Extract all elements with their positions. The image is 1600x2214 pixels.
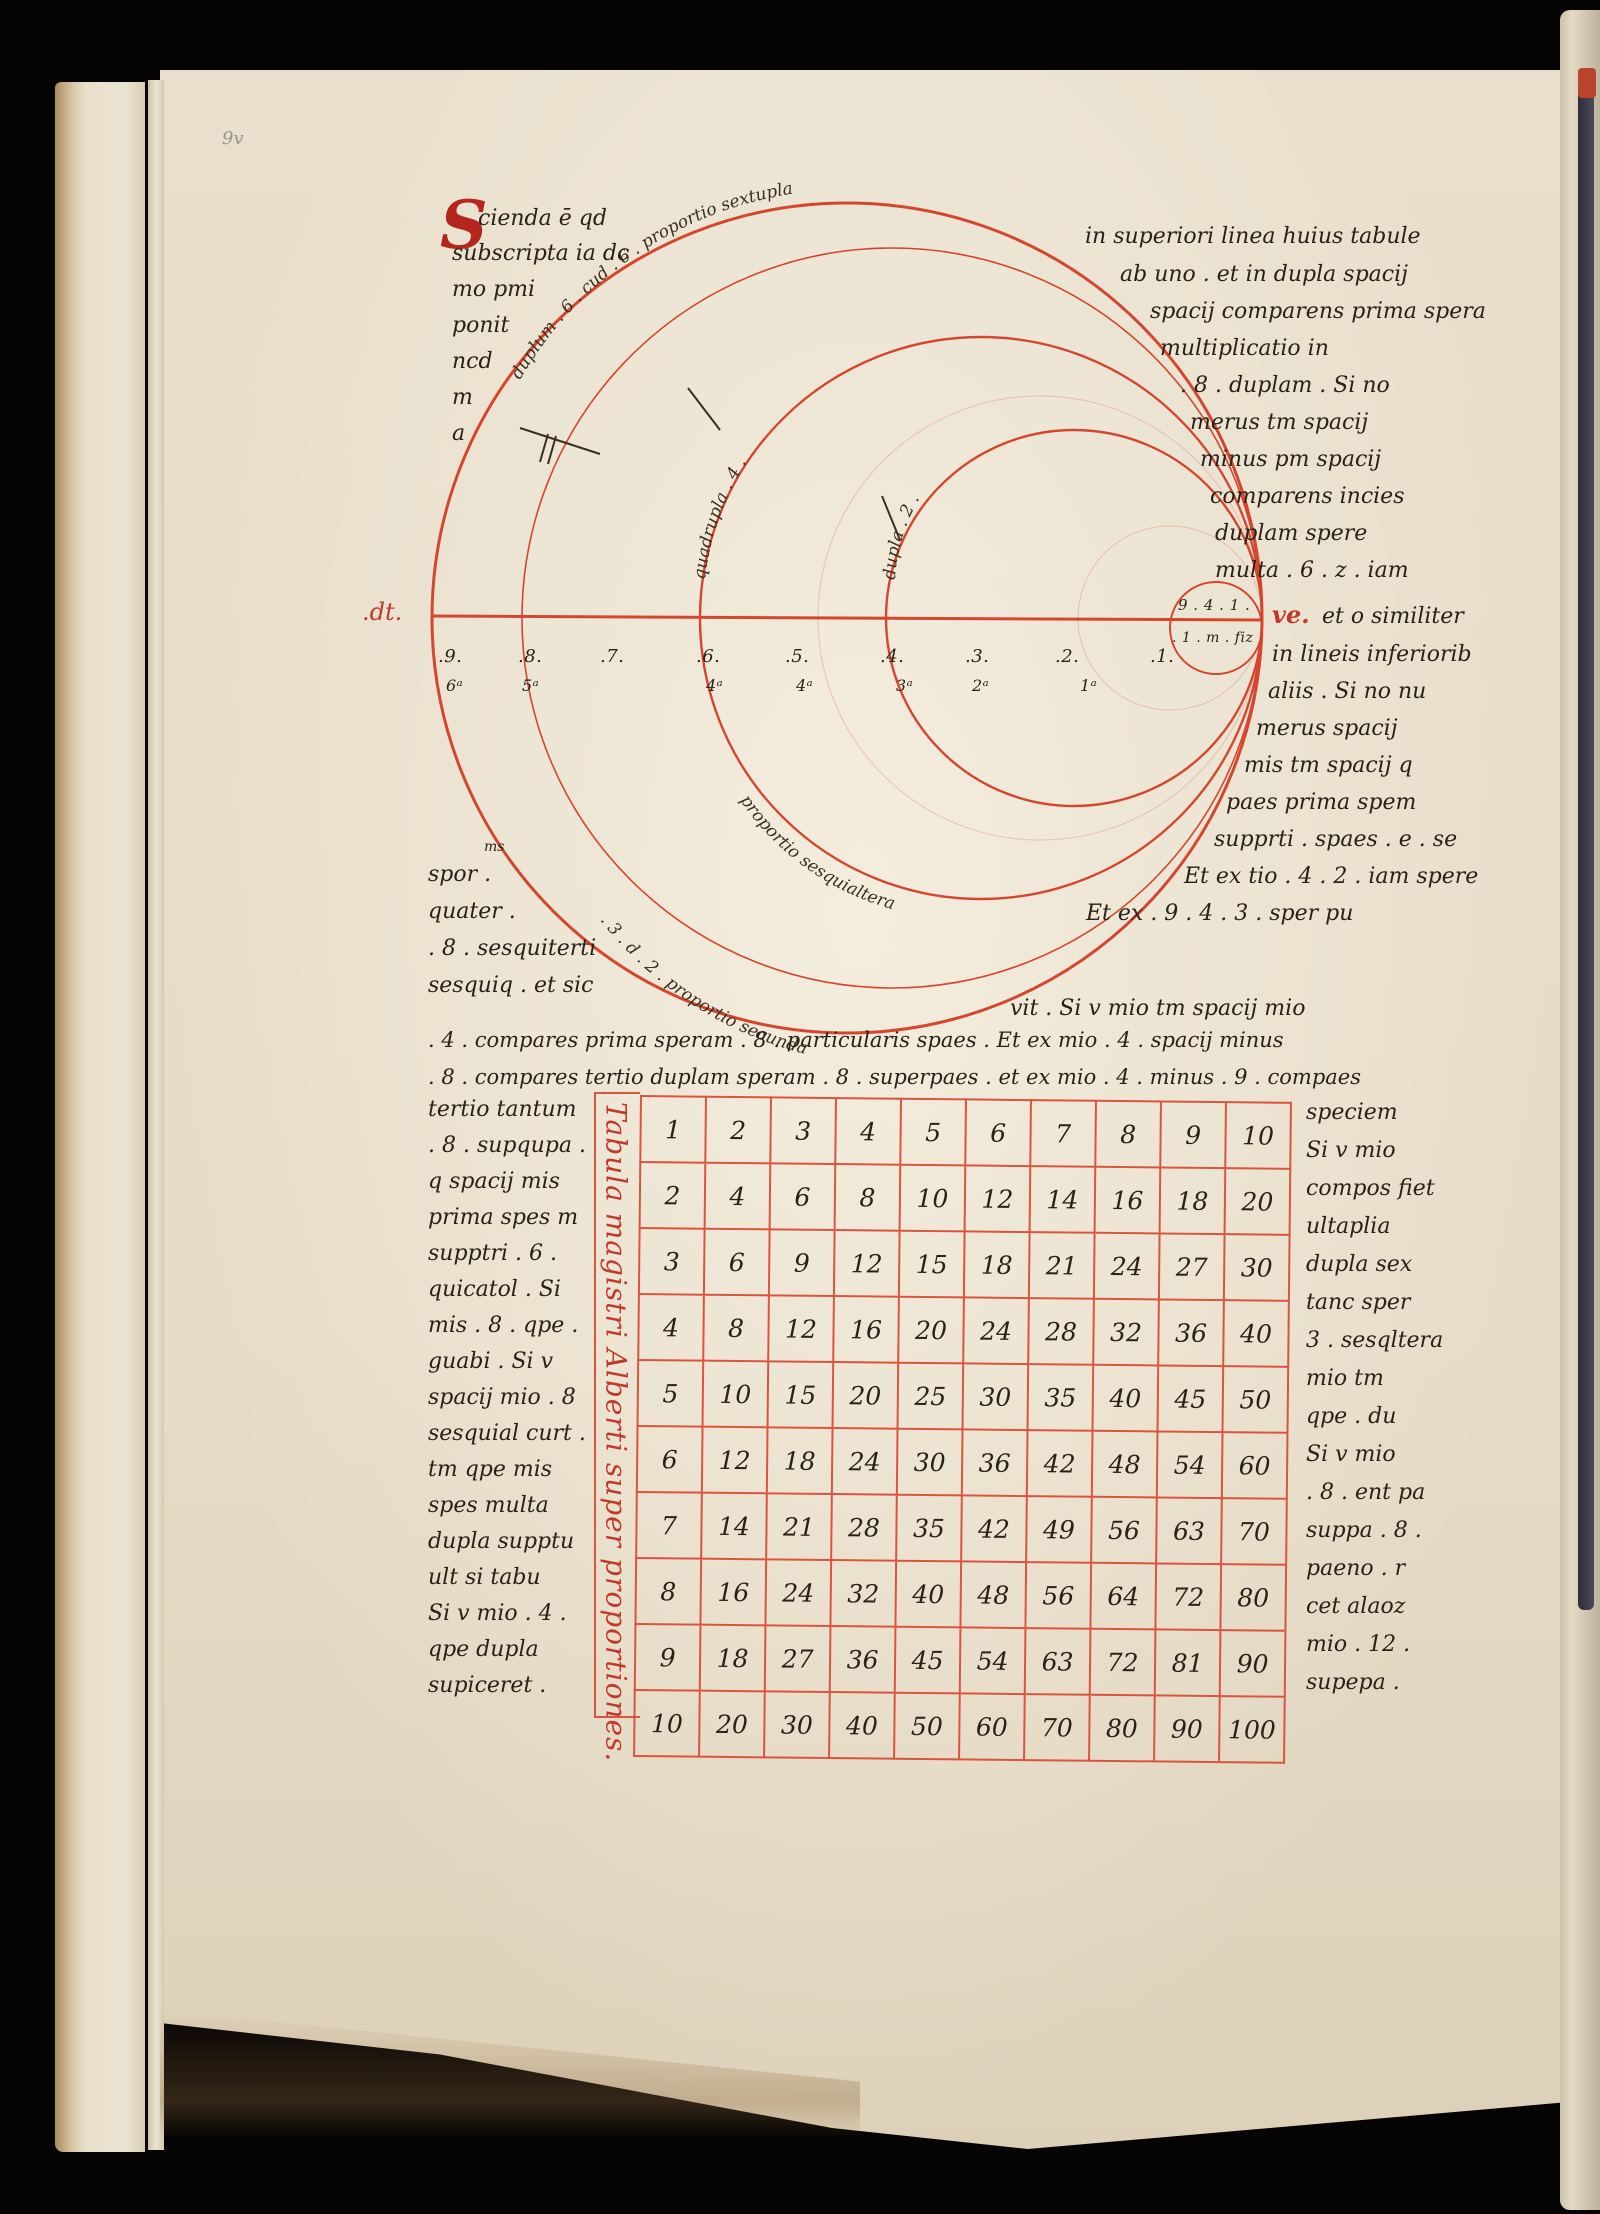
table-cell: 30 [764, 1691, 830, 1758]
text-line: paeno . r [1306, 1550, 1443, 1588]
axis-tick-6: .6. [696, 646, 720, 667]
full-width-lines: . 4 . compares prima speram . 8 . partic… [428, 1022, 1361, 1096]
table-cell: 70 [1024, 1694, 1090, 1761]
table-cell: 50 [1223, 1366, 1289, 1433]
table-row: 36912151821242730 [639, 1228, 1290, 1301]
table-row: 7142128354249566370 [636, 1492, 1287, 1565]
text-line: qpe . du [1306, 1398, 1443, 1436]
table-cell: 21 [1029, 1232, 1095, 1299]
text-line: merus tm spacij [1190, 404, 1486, 441]
table-cell: 56 [1091, 1497, 1157, 1564]
table-cell: 30 [963, 1363, 1029, 1430]
table-cell: 25 [898, 1363, 964, 1430]
table-title: Tabula magistri Alberti super proportion… [598, 1092, 634, 1772]
table-row: 481216202428323640 [638, 1294, 1289, 1367]
text-line: comparens incies [1210, 478, 1486, 515]
table-cell: 90 [1220, 1630, 1286, 1697]
text-line: mis . 8 . qpe . [428, 1308, 586, 1344]
table-cell: 16 [700, 1559, 766, 1626]
text-line: prima spes m [428, 1200, 586, 1236]
table-cell: 42 [961, 1495, 1027, 1562]
table-cell: 5 [900, 1099, 966, 1166]
axis-tick-1: .1. [1150, 646, 1174, 667]
sub-tick-7: 1ᵃ [1080, 676, 1097, 695]
table-cell: 15 [768, 1361, 834, 1428]
right-column-top: in superiori linea huius tabule [1085, 218, 1421, 255]
table-cell: 9 [769, 1229, 835, 1296]
table-cell: 80 [1220, 1564, 1286, 1631]
text-line: et o similiter [1322, 598, 1464, 635]
text-line: ab uno . et in dupla spacij [1120, 256, 1486, 293]
table-cell: 48 [1092, 1431, 1158, 1498]
text-line: dupla sex [1306, 1246, 1443, 1284]
text-line: dupla supptu [428, 1524, 586, 1560]
table-cell: 10 [703, 1361, 769, 1428]
sub-tick-1: 6ᵃ [446, 676, 463, 695]
table-cell: 54 [1157, 1431, 1223, 1498]
text-line: ultaplia [1306, 1208, 1443, 1246]
axis-tick-9: .9. [438, 646, 462, 667]
multiplication-table: 1234567891024681012141618203691215182124… [633, 1095, 1292, 1764]
table-cell: 6 [770, 1163, 836, 1230]
table-row: 8162432404856647280 [635, 1558, 1286, 1631]
table-cell: 45 [1158, 1365, 1224, 1432]
text-line: spacij mio . 8 [428, 1380, 586, 1416]
text-line: cet alaoz [1306, 1588, 1443, 1626]
text-line: spacij comparens prima spera [1150, 293, 1486, 330]
table-cell: 32 [1093, 1299, 1159, 1366]
text-line: guabi . Si v [428, 1344, 586, 1380]
table-cell: 80 [1089, 1695, 1155, 1762]
table-cell: 60 [959, 1693, 1025, 1760]
axis-tick-2: .2. [1055, 646, 1079, 667]
small-circle-label-bottom: . 1 . m . fiz [1172, 630, 1253, 646]
table-cell: 20 [898, 1297, 964, 1364]
text-line: in lineis inferiorib [1272, 636, 1478, 673]
text-line: 3 . sesqltera [1306, 1322, 1443, 1360]
text-line: supiceret . [428, 1668, 586, 1704]
table-cell: 36 [1158, 1299, 1224, 1366]
text-line: supprti . spaes . e . se [1214, 821, 1478, 858]
opening-text-cont: subscripta ia dc mo pmi ponit ncd m a [452, 236, 629, 452]
table-cell: 18 [700, 1625, 766, 1692]
text-line: Et ex . 9 . 4 . 3 . sper pu [1086, 895, 1478, 932]
table-cell: 72 [1155, 1563, 1221, 1630]
text-line: quicatol . Si [428, 1272, 586, 1308]
sub-tick-3: 4ᵃ [706, 676, 723, 695]
table-cell: 2 [705, 1097, 771, 1164]
table-cell: 40 [829, 1692, 895, 1759]
table-cell: 36 [962, 1429, 1028, 1496]
table-cell: 28 [831, 1494, 897, 1561]
text-line: tertio tantum [428, 1092, 586, 1128]
text-line: supptri . 6 . [428, 1236, 586, 1272]
axis-tick-3: .3. [965, 646, 989, 667]
opening-line: ponit [452, 308, 629, 344]
table-cell: 35 [1028, 1364, 1094, 1431]
table-cell: 56 [1025, 1562, 1091, 1629]
text-line: multa . 6 . z . iam [1215, 552, 1486, 589]
table-cell: 72 [1090, 1629, 1156, 1696]
text-line: mio . 12 . [1306, 1626, 1443, 1664]
table-cell: 27 [765, 1625, 831, 1692]
opening-line: cienda ē qd [478, 200, 607, 237]
text-line: multiplicatio in [1160, 330, 1486, 367]
table-cell: 50 [894, 1693, 960, 1760]
table-cell: 6 [637, 1426, 703, 1493]
opening-text: cienda ē qd [478, 200, 607, 237]
opening-line: ncd [452, 344, 629, 380]
table-cell: 54 [960, 1627, 1026, 1694]
table-cell: 12 [768, 1295, 834, 1362]
table-cell: 20 [1225, 1168, 1291, 1235]
label-third-bottom-arc: proportio sesquialtera [736, 791, 898, 914]
text-line: qpe dupla [428, 1632, 586, 1668]
table-cell: 64 [1090, 1563, 1156, 1630]
diameter-line [432, 616, 1262, 620]
table-row: 9182736455463728190 [635, 1624, 1286, 1697]
table-cell: 8 [635, 1558, 701, 1625]
table-cell: 28 [1028, 1298, 1094, 1365]
text-line: paes prima spem [1226, 784, 1478, 821]
text-line: tanc sper [1306, 1284, 1443, 1322]
table-cell: 5 [638, 1360, 704, 1427]
table-cell: 8 [1095, 1101, 1161, 1168]
table-cell: 24 [963, 1297, 1029, 1364]
table-cell: 3 [639, 1228, 705, 1295]
small-circle-label-top: 9 . 4 . 1 . [1178, 596, 1250, 614]
diagram-right-label: ve. [1272, 600, 1310, 629]
sub-tick-4: 4ᵃ [796, 676, 813, 695]
text-line: minus pm spacij [1200, 441, 1486, 478]
axis-tick-4: .4. [880, 646, 904, 667]
label-fourth-arc: dupla . 2 . [880, 491, 924, 581]
table-cell: 7 [1030, 1100, 1096, 1167]
axis-tick-7: .7. [600, 646, 624, 667]
table-cell: 6 [965, 1099, 1031, 1166]
sub-tick-2: 5ᵃ [522, 676, 539, 695]
text-line: . 8 . ent pa [1306, 1474, 1443, 1512]
table-cell: 21 [766, 1493, 832, 1560]
table-cell: 45 [895, 1627, 961, 1694]
table-cell: 3 [770, 1097, 836, 1164]
table-cell: 18 [1160, 1167, 1226, 1234]
table-cell: 60 [1222, 1432, 1288, 1499]
table-cell: 4 [835, 1098, 901, 1165]
table-cell: 18 [964, 1231, 1030, 1298]
text-line: tm qpe mis [428, 1452, 586, 1488]
table-cell: 8 [835, 1164, 901, 1231]
table-cell: 32 [830, 1560, 896, 1627]
text-line: supepa . [1306, 1664, 1443, 1702]
table-row: 12345678910 [640, 1096, 1291, 1169]
table-cell: 30 [897, 1429, 963, 1496]
table-cell: 12 [965, 1165, 1031, 1232]
text-line: quater . [428, 893, 596, 930]
text-line: Si v mio [1306, 1132, 1443, 1170]
table-cell: 8 [703, 1295, 769, 1362]
left-column-mid: ms spor . quater . . 8 . sesquiterti ses… [428, 838, 596, 1004]
table-cell: 24 [1094, 1233, 1160, 1300]
sub-tick-6: 2ᵃ [972, 676, 989, 695]
right-column-top-2: ab uno . et in dupla spacij spacij compa… [1120, 256, 1486, 589]
text-line: ms [484, 838, 596, 856]
text-line: aliis . Si no nu [1268, 673, 1478, 710]
table-row: 2468101214161820 [640, 1162, 1291, 1235]
table-cell: 10 [1225, 1102, 1291, 1169]
table-cell: 14 [701, 1493, 767, 1560]
table-cell: 7 [636, 1492, 702, 1559]
opening-line: a [452, 416, 629, 452]
text-line: mio tm [1306, 1360, 1443, 1398]
table-cell: 9 [1160, 1101, 1226, 1168]
text-line: . 8 . supqupa . [428, 1128, 586, 1164]
axis-tick-8: .8. [518, 646, 542, 667]
table-cell: 9 [635, 1624, 701, 1691]
table-cell: 16 [833, 1296, 899, 1363]
opening-line: m [452, 380, 629, 416]
table-cell: 40 [1093, 1365, 1159, 1432]
table-cell: 6 [704, 1229, 770, 1296]
text-line: sesquial curt . [428, 1416, 586, 1452]
table-cell: 14 [1030, 1166, 1096, 1233]
table-cell: 100 [1219, 1696, 1285, 1763]
table-cell: 20 [699, 1691, 765, 1758]
right-column-mid-2: in lineis inferiorib aliis . Si no nu me… [1272, 636, 1478, 932]
table-cell: 30 [1224, 1234, 1290, 1301]
table-cell: 40 [1223, 1300, 1289, 1367]
label-third-arc: quadrupla . 4 . [690, 454, 751, 581]
text-line: mis tm spacij q [1244, 747, 1478, 784]
table-cell: 4 [705, 1163, 771, 1230]
opening-line: subscripta ia dc [452, 236, 629, 272]
table-cell: 24 [832, 1428, 898, 1495]
table-row: 5101520253035404550 [638, 1360, 1289, 1433]
table-cell: 63 [1156, 1497, 1222, 1564]
table-cell: 1 [640, 1096, 706, 1163]
left-column-table: tertio tantum . 8 . supqupa . q spacij m… [428, 1092, 586, 1704]
table-cell: 27 [1159, 1233, 1225, 1300]
text-line: . 8 . sesquiterti [428, 930, 596, 967]
table-cell: 12 [702, 1427, 768, 1494]
text-line: speciem [1306, 1094, 1443, 1132]
diagram-left-label: .dt. [362, 598, 402, 626]
text-line: . 4 . compares prima speram . 8 . partic… [428, 1022, 1361, 1059]
text-line: Si v mio . 4 . [428, 1596, 586, 1632]
text-line: Et ex tio . 4 . 2 . iam spere [1184, 858, 1478, 895]
table-row: 6121824303642485460 [637, 1426, 1288, 1499]
table-cell: 15 [899, 1231, 965, 1298]
text-line: compos fiet [1306, 1170, 1443, 1208]
right-column-table: speciem Si v mio compos fiet ultaplia du… [1306, 1094, 1443, 1702]
table-cell: 10 [900, 1165, 966, 1232]
table-row: 102030405060708090100 [634, 1690, 1285, 1763]
table-cell: 49 [1026, 1496, 1092, 1563]
table-cell: 10 [634, 1690, 700, 1757]
table-cell: 24 [765, 1559, 831, 1626]
text-line: Si v mio [1306, 1436, 1443, 1474]
table-cell: 20 [833, 1362, 899, 1429]
table-cell: 18 [767, 1427, 833, 1494]
sub-tick-5: 3ᵃ [896, 676, 913, 695]
table-cell: 16 [1095, 1167, 1161, 1234]
text-line: suppa . 8 . [1306, 1512, 1443, 1550]
table-cell: 2 [640, 1162, 706, 1229]
text-line: merus spacij [1256, 710, 1478, 747]
table-cell: 4 [638, 1294, 704, 1361]
opening-line: mo pmi [452, 272, 629, 308]
text-line: sesquiq . et sic [428, 967, 596, 1004]
text-line: spes multa [428, 1488, 586, 1524]
table-title-text: Tabula magistri Alberti super proportion… [600, 1102, 633, 1762]
axis-tick-5: .5. [785, 646, 809, 667]
table-cell: 90 [1154, 1695, 1220, 1762]
text-line: . 8 . duplam . Si no [1180, 367, 1486, 404]
table-cell: 36 [830, 1626, 896, 1693]
table-cell: 81 [1155, 1629, 1221, 1696]
table-cell: 42 [1027, 1430, 1093, 1497]
table-cell: 70 [1221, 1498, 1287, 1565]
text-line: duplam spere [1215, 515, 1486, 552]
text-line: q spacij mis [428, 1164, 586, 1200]
table-cell: 40 [895, 1561, 961, 1628]
text-line: spor . [428, 856, 596, 893]
table-cell: 48 [960, 1561, 1026, 1628]
text-line: ult si tabu [428, 1560, 586, 1596]
table-cell: 12 [834, 1230, 900, 1297]
text-line: in superiori linea huius tabule [1085, 218, 1421, 255]
table-cell: 35 [896, 1495, 962, 1562]
right-column-mid: et o similiter [1322, 598, 1464, 635]
text-line: . 8 . compares tertio duplam speram . 8 … [428, 1059, 1361, 1096]
table-cell: 63 [1025, 1628, 1091, 1695]
